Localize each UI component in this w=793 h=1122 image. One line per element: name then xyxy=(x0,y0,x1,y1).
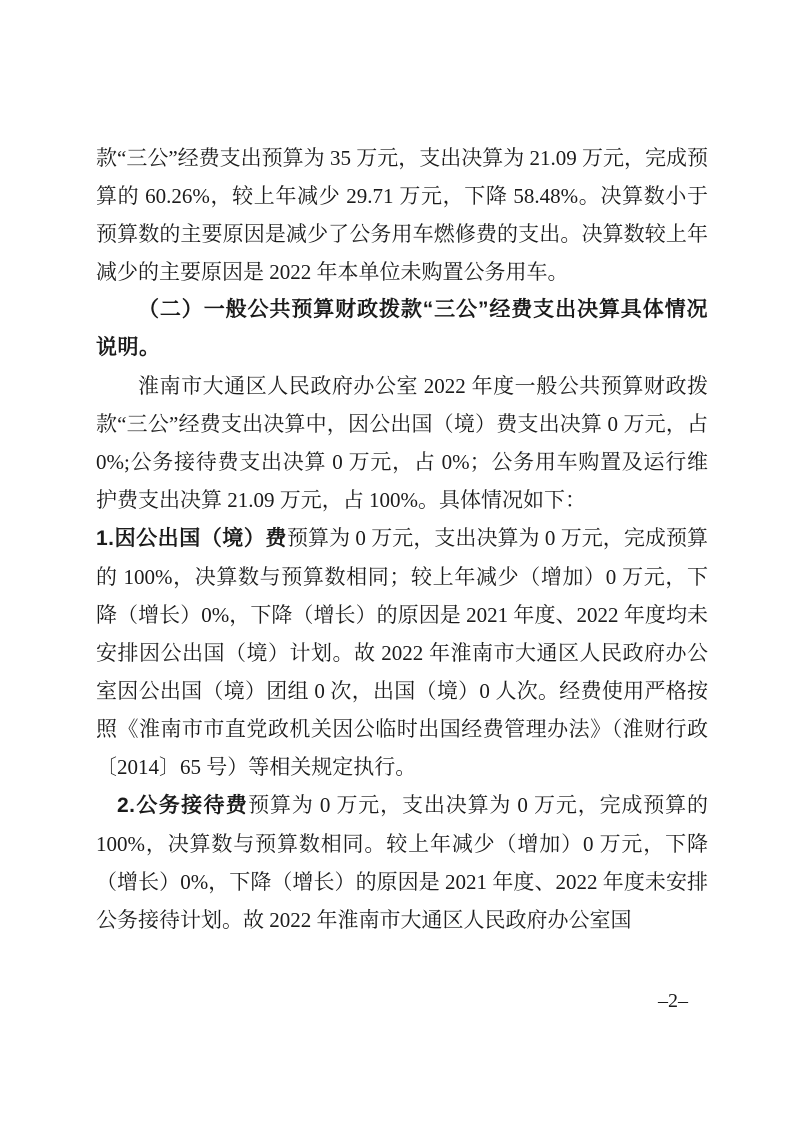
paragraph-overview: 淮南市大通区人民政府办公室 2022 年度一般公共预算财政拨款“三公”经费支出决… xyxy=(96,367,708,519)
section-heading: （二）一般公共预算财政拨款“三公”经费支出决算具体情况说明。 xyxy=(96,291,708,367)
document-body: 款“三公”经费支出预算为 35 万元，支出决算为 21.09 万元，完成预算的 … xyxy=(96,139,708,939)
item-1-body: 预算为 0 万元，支出决算为 0 万元，完成预算的 100%，决算数与预算数相同… xyxy=(96,526,708,779)
page-number: –2– xyxy=(643,989,703,1013)
item-2-title: 2.公务接待费 xyxy=(117,794,248,817)
item-1-paragraph: 1.因公出国（境）费预算为 0 万元，支出决算为 0 万元，完成预算的 100%… xyxy=(96,519,708,786)
item-1-title: 1.因公出国（境）费 xyxy=(96,527,287,550)
paragraph-continuation: 款“三公”经费支出预算为 35 万元，支出决算为 21.09 万元，完成预算的 … xyxy=(96,139,708,291)
item-2-paragraph: 2.公务接待费预算为 0 万元，支出决算为 0 万元，完成预算的 100%，决算… xyxy=(96,786,708,939)
document-page: 款“三公”经费支出预算为 35 万元，支出决算为 21.09 万元，完成预算的 … xyxy=(0,0,793,1122)
